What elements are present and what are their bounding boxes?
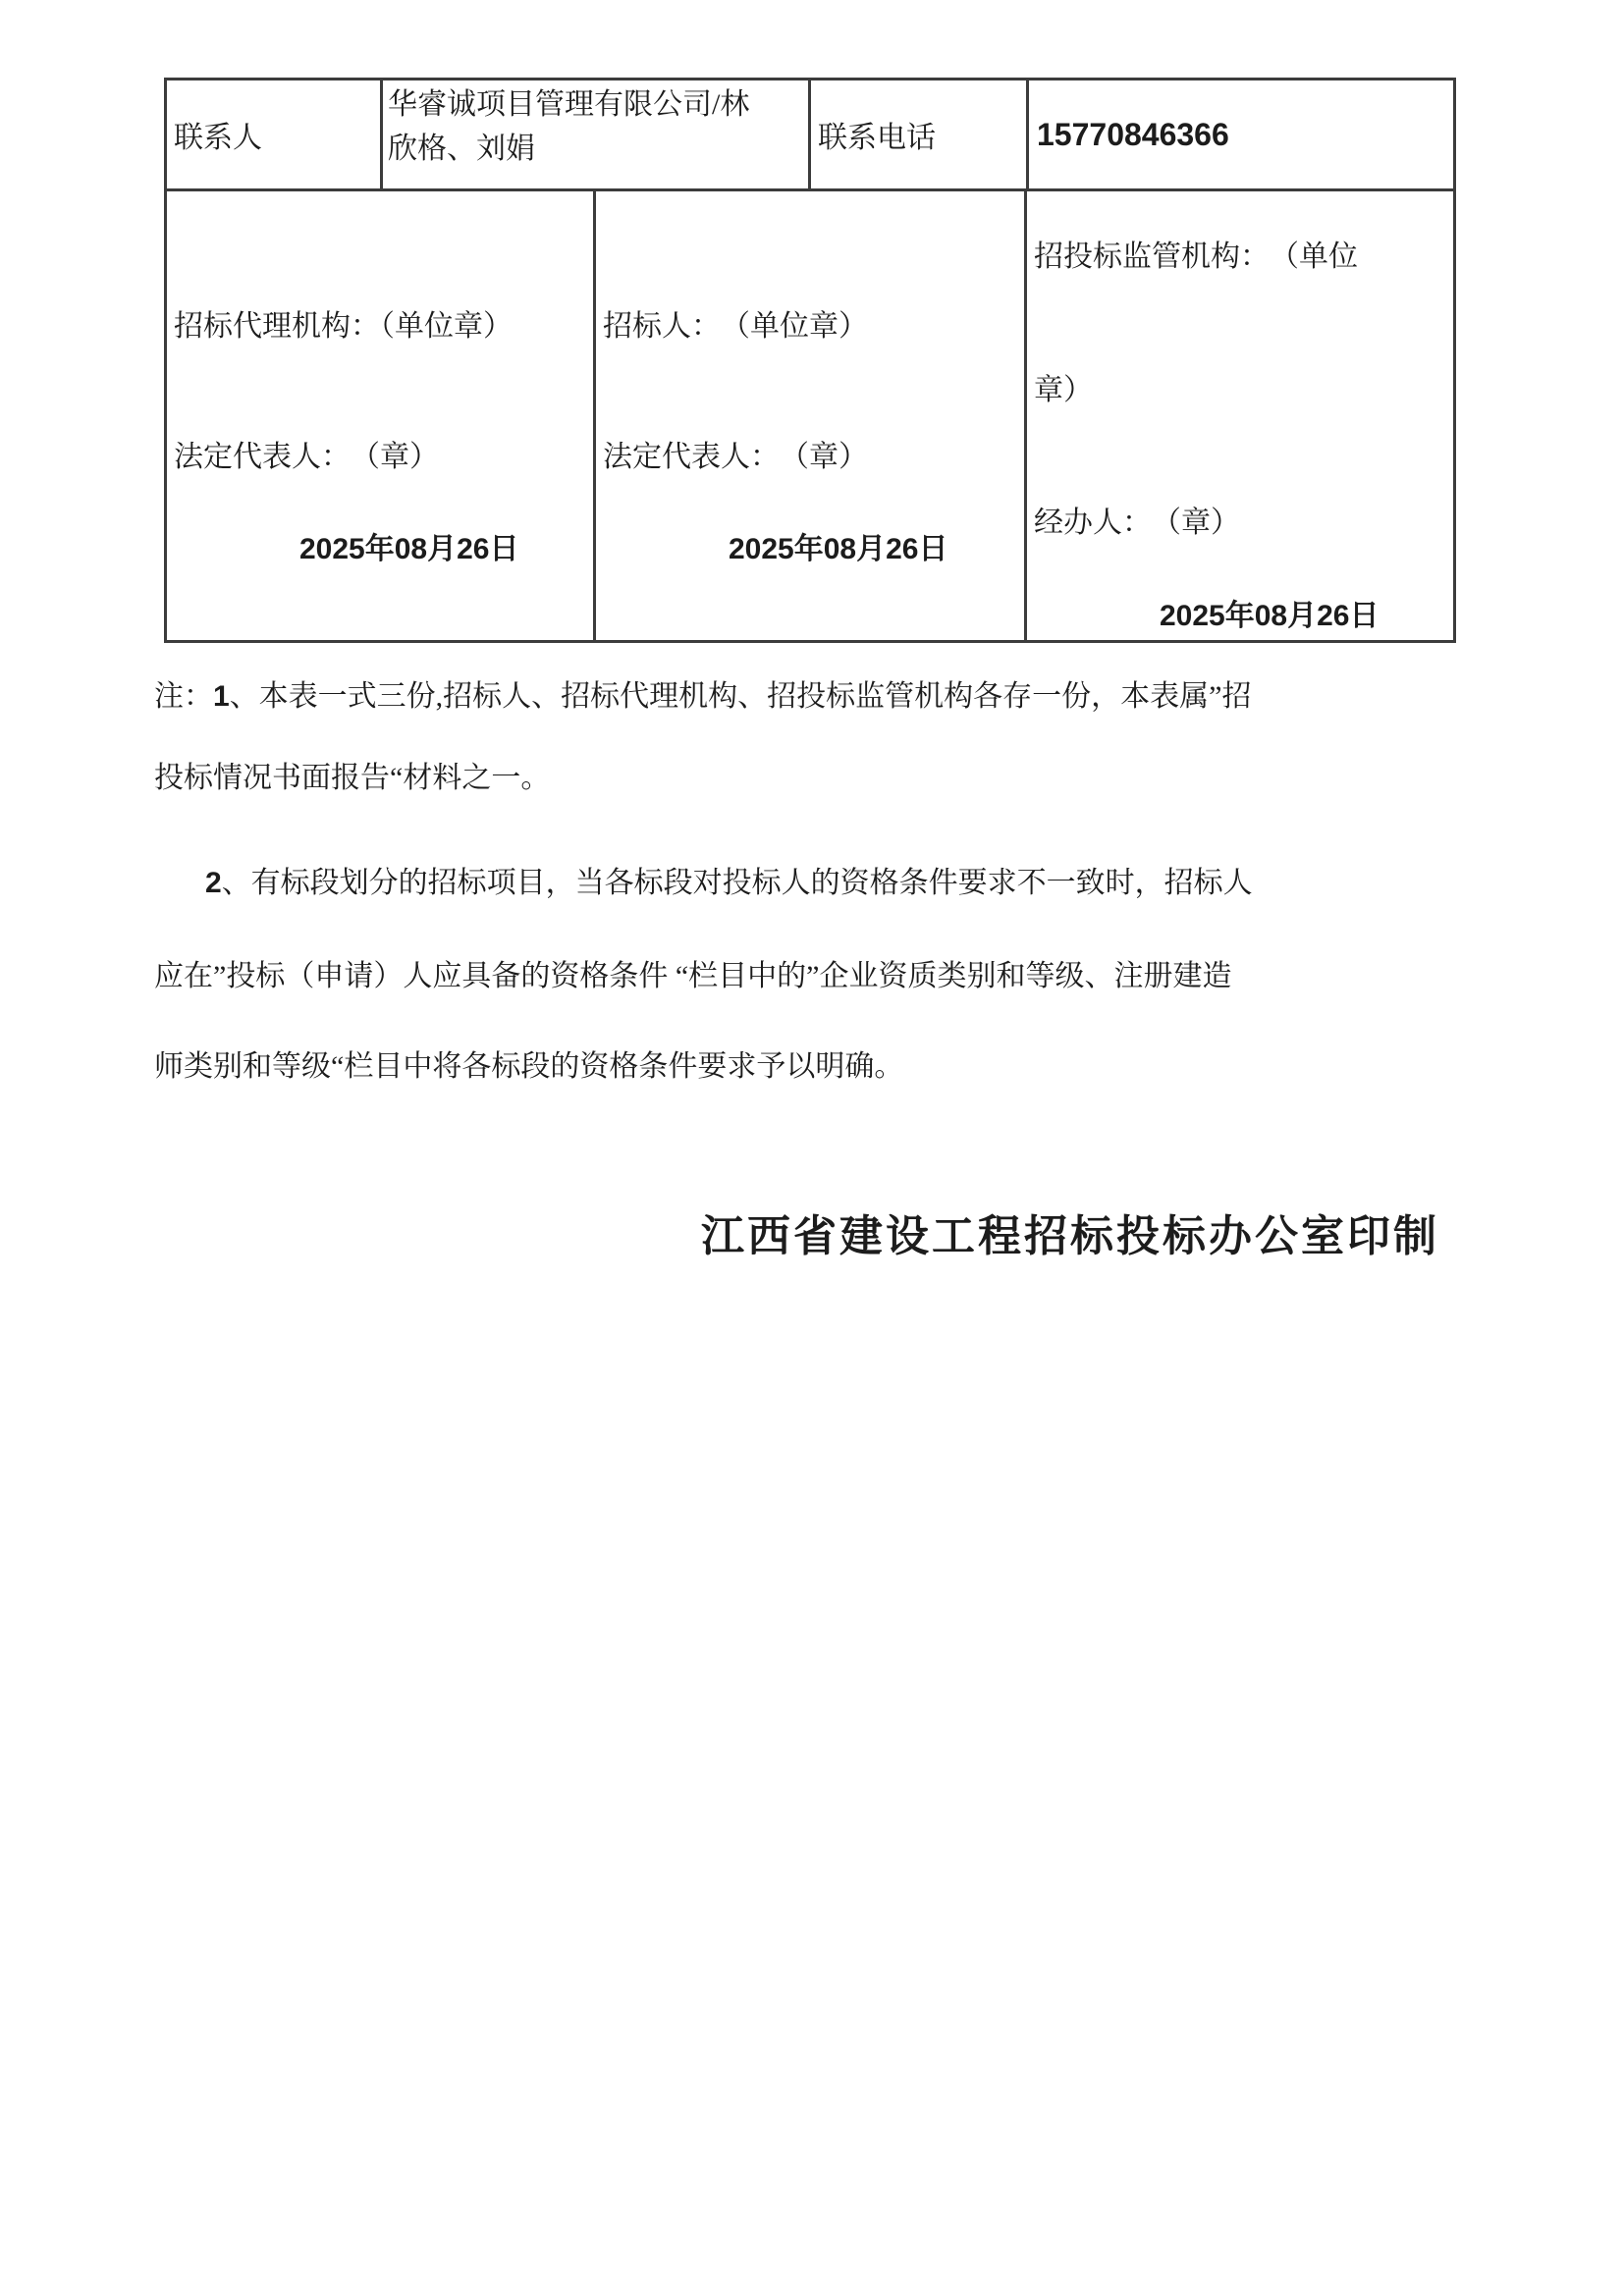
note-2-line-2: 应在”投标（申请）人应具备的资格条件 “栏目中的”企业资质类别和等级、注册建造 — [154, 949, 1231, 1004]
agency-signature-cell: 招标代理机构：（单位章） 法定代表人： （章） 2025年08月26日 — [167, 191, 596, 640]
tenderer-date: 2025年08月26日 — [729, 525, 947, 574]
contact-row: 联系人 华睿诚项目管理有限公司/林 欣格、刘娟 联系电话 15770846366 — [167, 80, 1453, 191]
contact-label-cell: 联系人 — [167, 80, 383, 188]
tenderer-signature-cell: 招标人： （单位章） 法定代表人： （章） 2025年08月26日 — [596, 191, 1027, 640]
note-1-text: 、本表一式三份,招标人、招标代理机构、招投标监管机构各存一份，本表属”招 — [230, 680, 1252, 713]
document-page: 联系人 华睿诚项目管理有限公司/林 欣格、刘娟 联系电话 15770846366… — [0, 0, 1623, 2296]
tenderer-representative-line: 法定代表人： （章） — [603, 433, 868, 482]
signing-info-table: 联系人 华睿诚项目管理有限公司/林 欣格、刘娟 联系电话 15770846366… — [164, 78, 1456, 643]
contact-label: 联系人 — [174, 113, 262, 156]
note-1-line-2: 投标情况书面报告“材料之一。 — [154, 751, 550, 806]
note-2-line-3: 师类别和等级“栏目中将各标段的资格条件要求予以明确。 — [154, 1040, 903, 1095]
agency-representative-line: 法定代表人： （章） — [174, 433, 439, 482]
signature-row: 招标代理机构：（单位章） 法定代表人： （章） 2025年08月26日 招标人：… — [167, 191, 1453, 640]
note-2-line-1: 2、有标段划分的招标项目，当各标段对投标人的资格条件要求不一致时，招标人 — [205, 856, 1253, 911]
note-2-text: 、有标段划分的招标项目，当各标段对投标人的资格条件要求不一致时，招标人 — [222, 867, 1253, 899]
issuing-office-line: 江西省建设工程招标投标办公室印制 — [701, 1207, 1439, 1266]
tenderer-seal-line: 招标人： （单位章） — [603, 302, 868, 351]
phone-label-cell: 联系电话 — [811, 80, 1029, 188]
company-line-2: 欣格、刘娟 — [388, 127, 804, 171]
regulator-handler-line: 经办人： （章） — [1034, 499, 1240, 548]
regulator-seal-line-1: 招投标监管机构： （单位 — [1034, 233, 1358, 282]
note-prefix: 注： — [154, 680, 213, 713]
phone-value: 15770846366 — [1037, 117, 1229, 153]
note-1-line-1: 注：1、本表一式三份,招标人、招标代理机构、招投标监管机构各存一份，本表属”招 — [154, 669, 1252, 724]
regulator-signature-cell: 招投标监管机构： （单位 章） 经办人： （章） 2025年08月26日 — [1027, 191, 1453, 640]
regulator-date: 2025年08月26日 — [1160, 592, 1379, 641]
contact-value-cell: 华睿诚项目管理有限公司/林 欣格、刘娟 — [383, 80, 811, 188]
regulator-seal-line-2: 章） — [1034, 366, 1093, 415]
agency-date: 2025年08月26日 — [299, 525, 518, 574]
note-1-number: 1 — [213, 680, 230, 713]
company-line-1: 华睿诚项目管理有限公司/林 — [388, 82, 804, 127]
note-2-number: 2 — [205, 867, 222, 899]
agency-seal-line: 招标代理机构：（单位章） — [174, 302, 513, 351]
phone-label: 联系电话 — [818, 113, 936, 156]
phone-value-cell: 15770846366 — [1029, 80, 1453, 188]
